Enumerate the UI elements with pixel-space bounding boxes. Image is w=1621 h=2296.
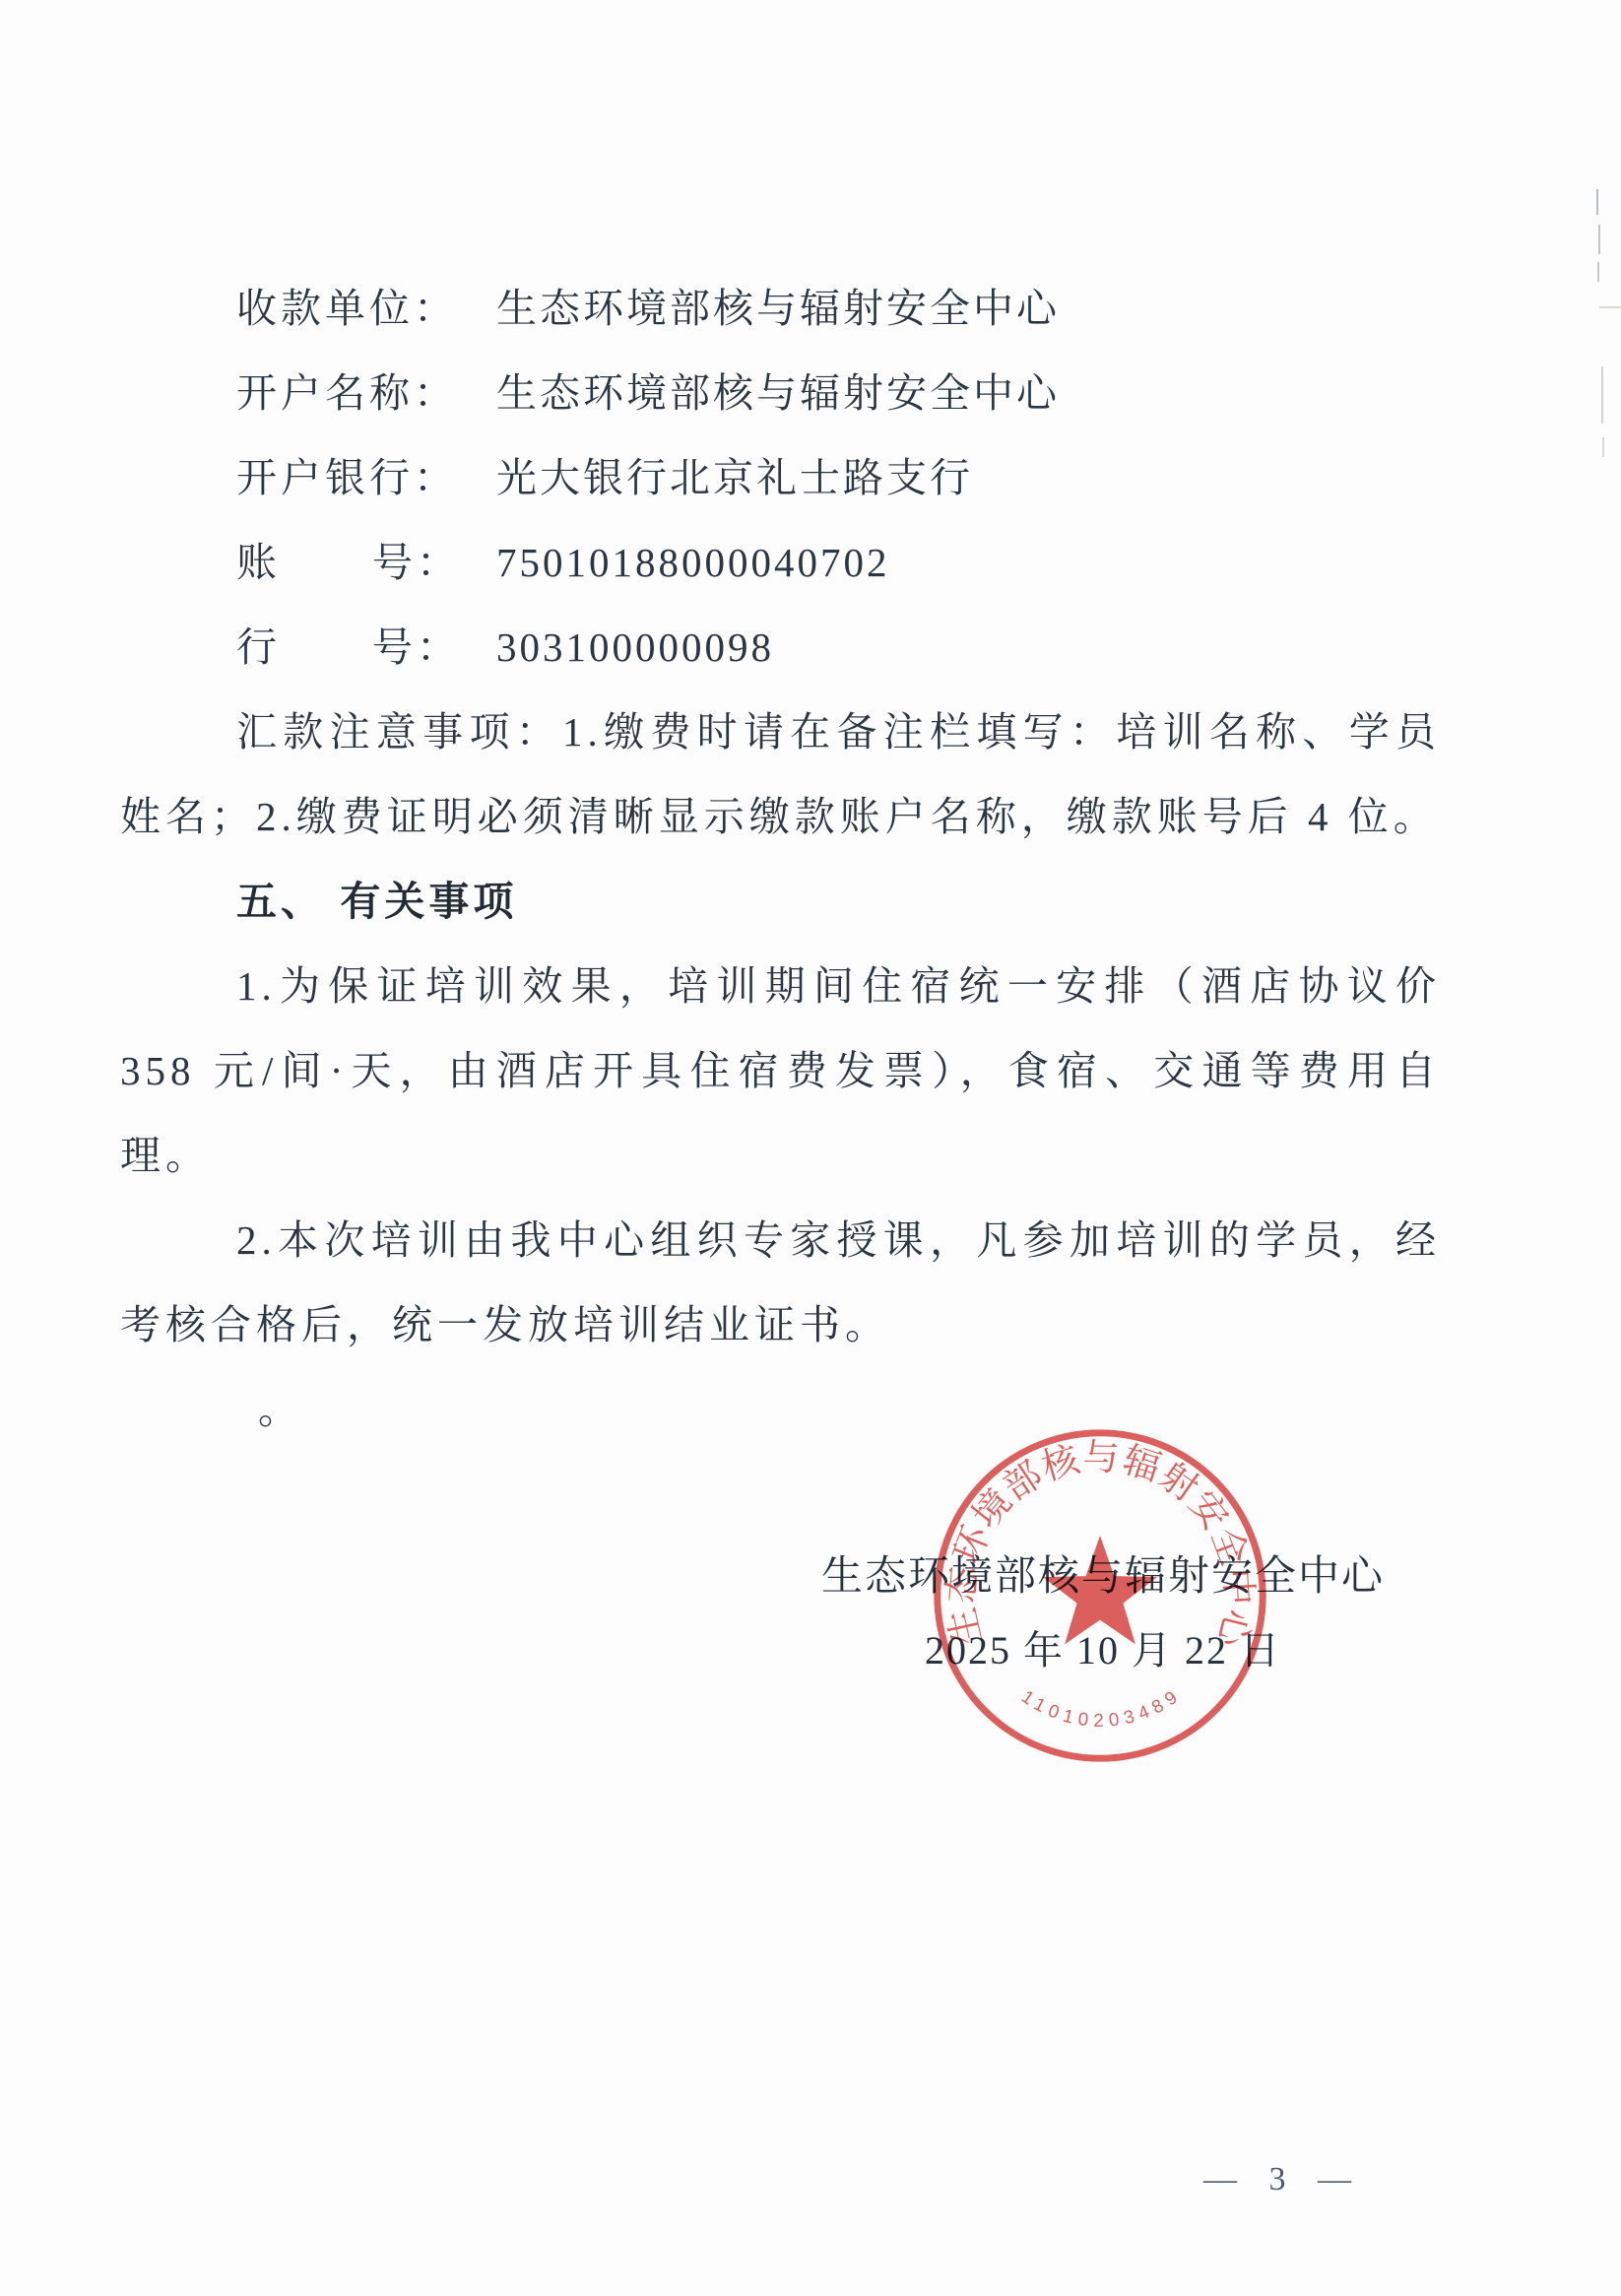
bank-label-part2: 号： (372, 520, 461, 605)
scan-artifact (1598, 225, 1600, 254)
scan-artifact (1599, 306, 1621, 308)
bank-label: 行号： (236, 605, 461, 689)
official-red-seal: 生态环境部核与辐射安全中心 1101020348989 (926, 1421, 1274, 1770)
bank-row-bank-code: 行号：303100000098 (120, 605, 1441, 689)
scanned-document-page: 收款单位：生态环境部核与辐射安全中心 开户名称：生态环境部核与辐射安全中心 开户… (0, 0, 1621, 2296)
bank-label: 账号： (236, 520, 461, 605)
bank-value: 303100000098 (496, 624, 774, 670)
bank-value: 75010188000040702 (496, 540, 890, 585)
bank-label-part2: 号： (372, 605, 461, 689)
scan-artifact (1596, 189, 1598, 215)
section-item-1: 1.为保证培训效果，培训期间住宿统一安排（酒店协议价 358 元/间·天，由酒店… (120, 944, 1441, 1198)
section-item-2: 2.本次培训由我中心组织专家授课，凡参加培训的学员，经考核合格后，统一发放培训结… (120, 1198, 1441, 1367)
scan-artifact (1597, 262, 1599, 282)
section-heading: 五、 有关事项 (120, 859, 1441, 944)
bank-value: 生态环境部核与辐射安全中心 (496, 370, 1060, 416)
bank-label-part1: 账 (236, 520, 281, 605)
bank-label: 开户银行： (236, 435, 461, 520)
page-number: — 3 — (1086, 2159, 1480, 2200)
bank-row-payee: 收款单位：生态环境部核与辐射安全中心 (120, 266, 1441, 351)
bank-label-part1: 收款单位： (236, 266, 458, 351)
bank-value: 生态环境部核与辐射安全中心 (496, 286, 1060, 331)
bank-row-account-number: 账号：75010188000040702 (120, 520, 1441, 605)
scan-artifact (1601, 366, 1603, 424)
bank-label-part1: 开户名称： (236, 351, 458, 435)
bank-label: 开户名称： (236, 351, 461, 435)
scan-artifact (1602, 437, 1604, 457)
remittance-note-paragraph: 汇款注意事项：1.缴费时请在备注栏填写：培训名称、学员姓名；2.缴费证明必须清晰… (120, 689, 1441, 859)
bank-label-part1: 行 (236, 605, 281, 689)
bank-label-part1: 开户银行： (236, 435, 458, 520)
seal-star-icon (1043, 1536, 1157, 1644)
bank-row-bank-branch: 开户银行：光大银行北京礼士路支行 (120, 435, 1441, 520)
document-body: 收款单位：生态环境部核与辐射安全中心 开户名称：生态环境部核与辐射安全中心 开户… (120, 266, 1441, 1452)
bank-label: 收款单位： (236, 266, 461, 351)
bank-value: 光大银行北京礼士路支行 (496, 455, 973, 500)
bank-row-account-name: 开户名称：生态环境部核与辐射安全中心 (120, 351, 1441, 435)
